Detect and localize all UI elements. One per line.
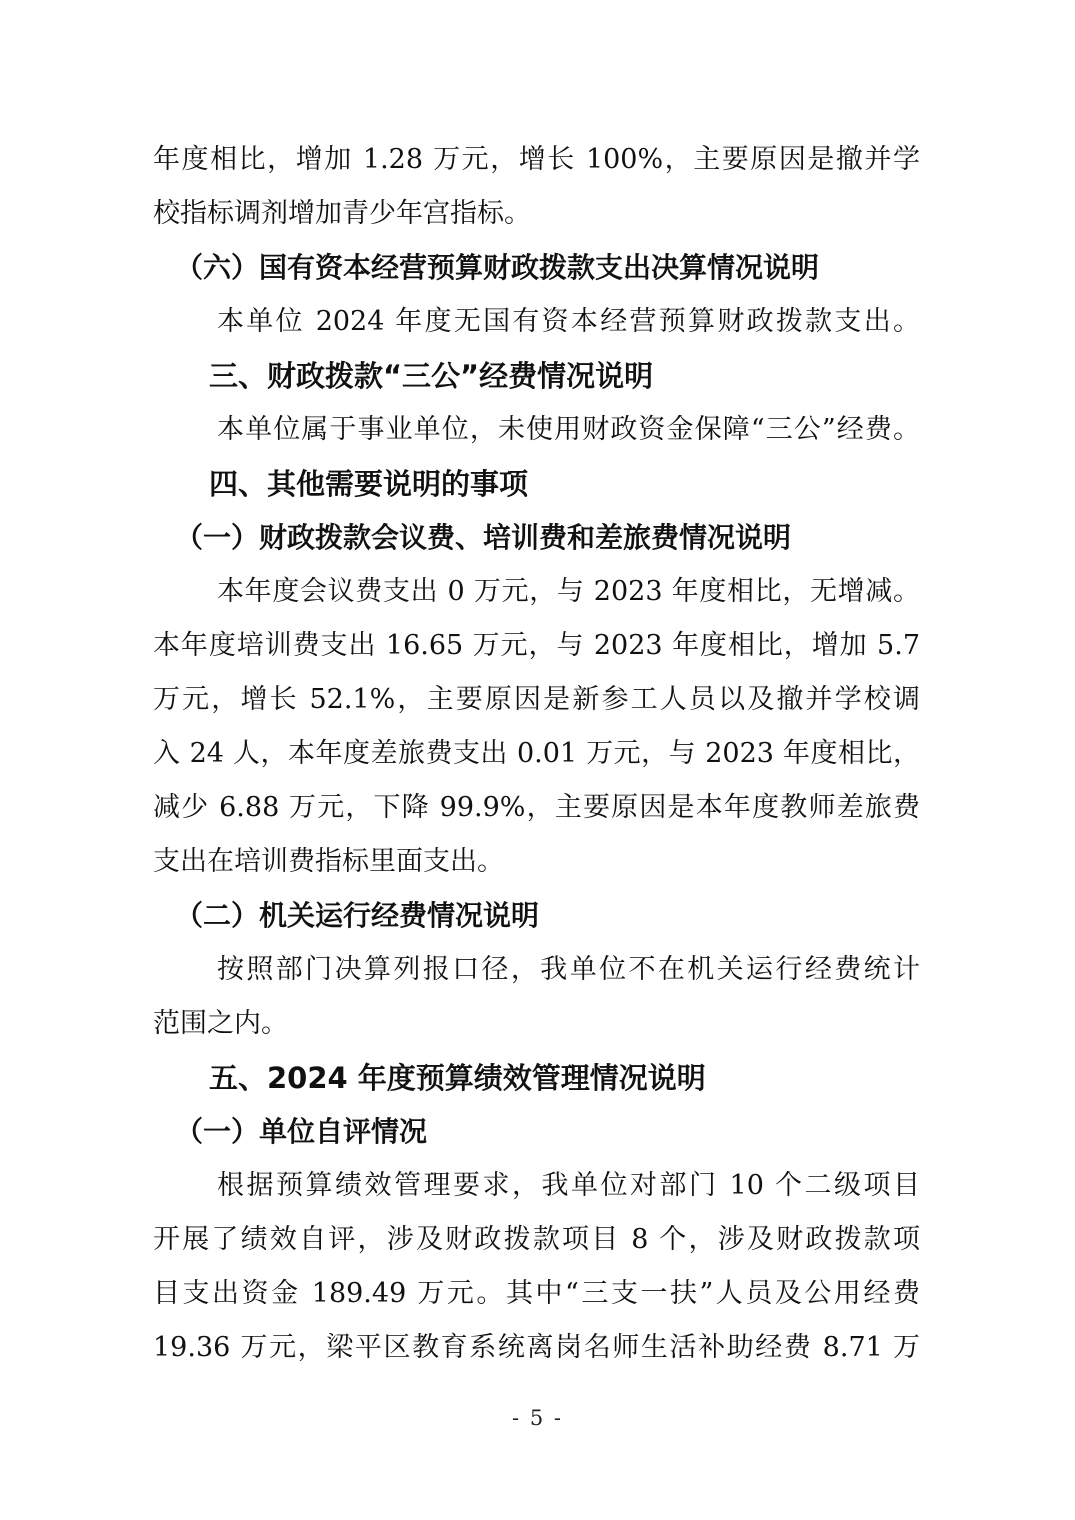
body-line: 根据预算绩效管理要求，我单位对部门 10 个二级项目: [153, 1159, 920, 1213]
body-line: 本单位 2024 年度无国有资本经营预算财政拨款支出。: [153, 295, 920, 349]
body-line: 万元，增长 52.1%，主要原因是新参工人员以及撤并学校调: [153, 673, 920, 727]
body-line: 年度相比，增加 1.28 万元，增长 100%，主要原因是撤并学: [153, 133, 920, 187]
heading-state-capital-budget: （六）国有资本经营预算财政拨款支出决算情况说明: [153, 241, 920, 295]
body-line: 入 24 人，本年度差旅费支出 0.01 万元，与 2023 年度相比，: [153, 727, 920, 781]
heading-agency-operating-funds: （二）机关运行经费情况说明: [153, 889, 920, 943]
body-line: 本单位属于事业单位，未使用财政资金保障“三公”经费。: [153, 403, 920, 457]
heading-2024-performance-management: 五、2024 年度预算绩效管理情况说明: [153, 1051, 920, 1105]
heading-three-public-funds: 三、财政拨款“三公”经费情况说明: [153, 349, 920, 403]
page-number: - 5 -: [0, 1405, 1075, 1431]
body-line: 范围之内。: [153, 997, 920, 1051]
body-line: 按照部门决算列报口径，我单位不在机关运行经费统计: [153, 943, 920, 997]
document-body: 年度相比，增加 1.28 万元，增长 100%，主要原因是撤并学 校指标调剂增加…: [153, 133, 920, 1375]
heading-other-matters: 四、其他需要说明的事项: [153, 457, 920, 511]
document-page: 年度相比，增加 1.28 万元，增长 100%，主要原因是撤并学 校指标调剂增加…: [0, 0, 1075, 1520]
body-line: 开展了绩效自评，涉及财政拨款项目 8 个，涉及财政拨款项: [153, 1213, 920, 1267]
body-line: 19.36 万元，梁平区教育系统离岗名师生活补助经费 8.71 万: [153, 1321, 920, 1375]
body-line: 校指标调剂增加青少年宫指标。: [153, 187, 920, 241]
body-line: 本年度会议费支出 0 万元，与 2023 年度相比，无增减。: [153, 565, 920, 619]
heading-meeting-training-travel: （一）财政拨款会议费、培训费和差旅费情况说明: [153, 511, 920, 565]
heading-self-evaluation: （一）单位自评情况: [153, 1105, 920, 1159]
body-line: 支出在培训费指标里面支出。: [153, 835, 920, 889]
body-line: 减少 6.88 万元，下降 99.9%，主要原因是本年度教师差旅费: [153, 781, 920, 835]
body-line: 本年度培训费支出 16.65 万元，与 2023 年度相比，增加 5.7: [153, 619, 920, 673]
body-line: 目支出资金 189.49 万元。其中“三支一扶”人员及公用经费: [153, 1267, 920, 1321]
